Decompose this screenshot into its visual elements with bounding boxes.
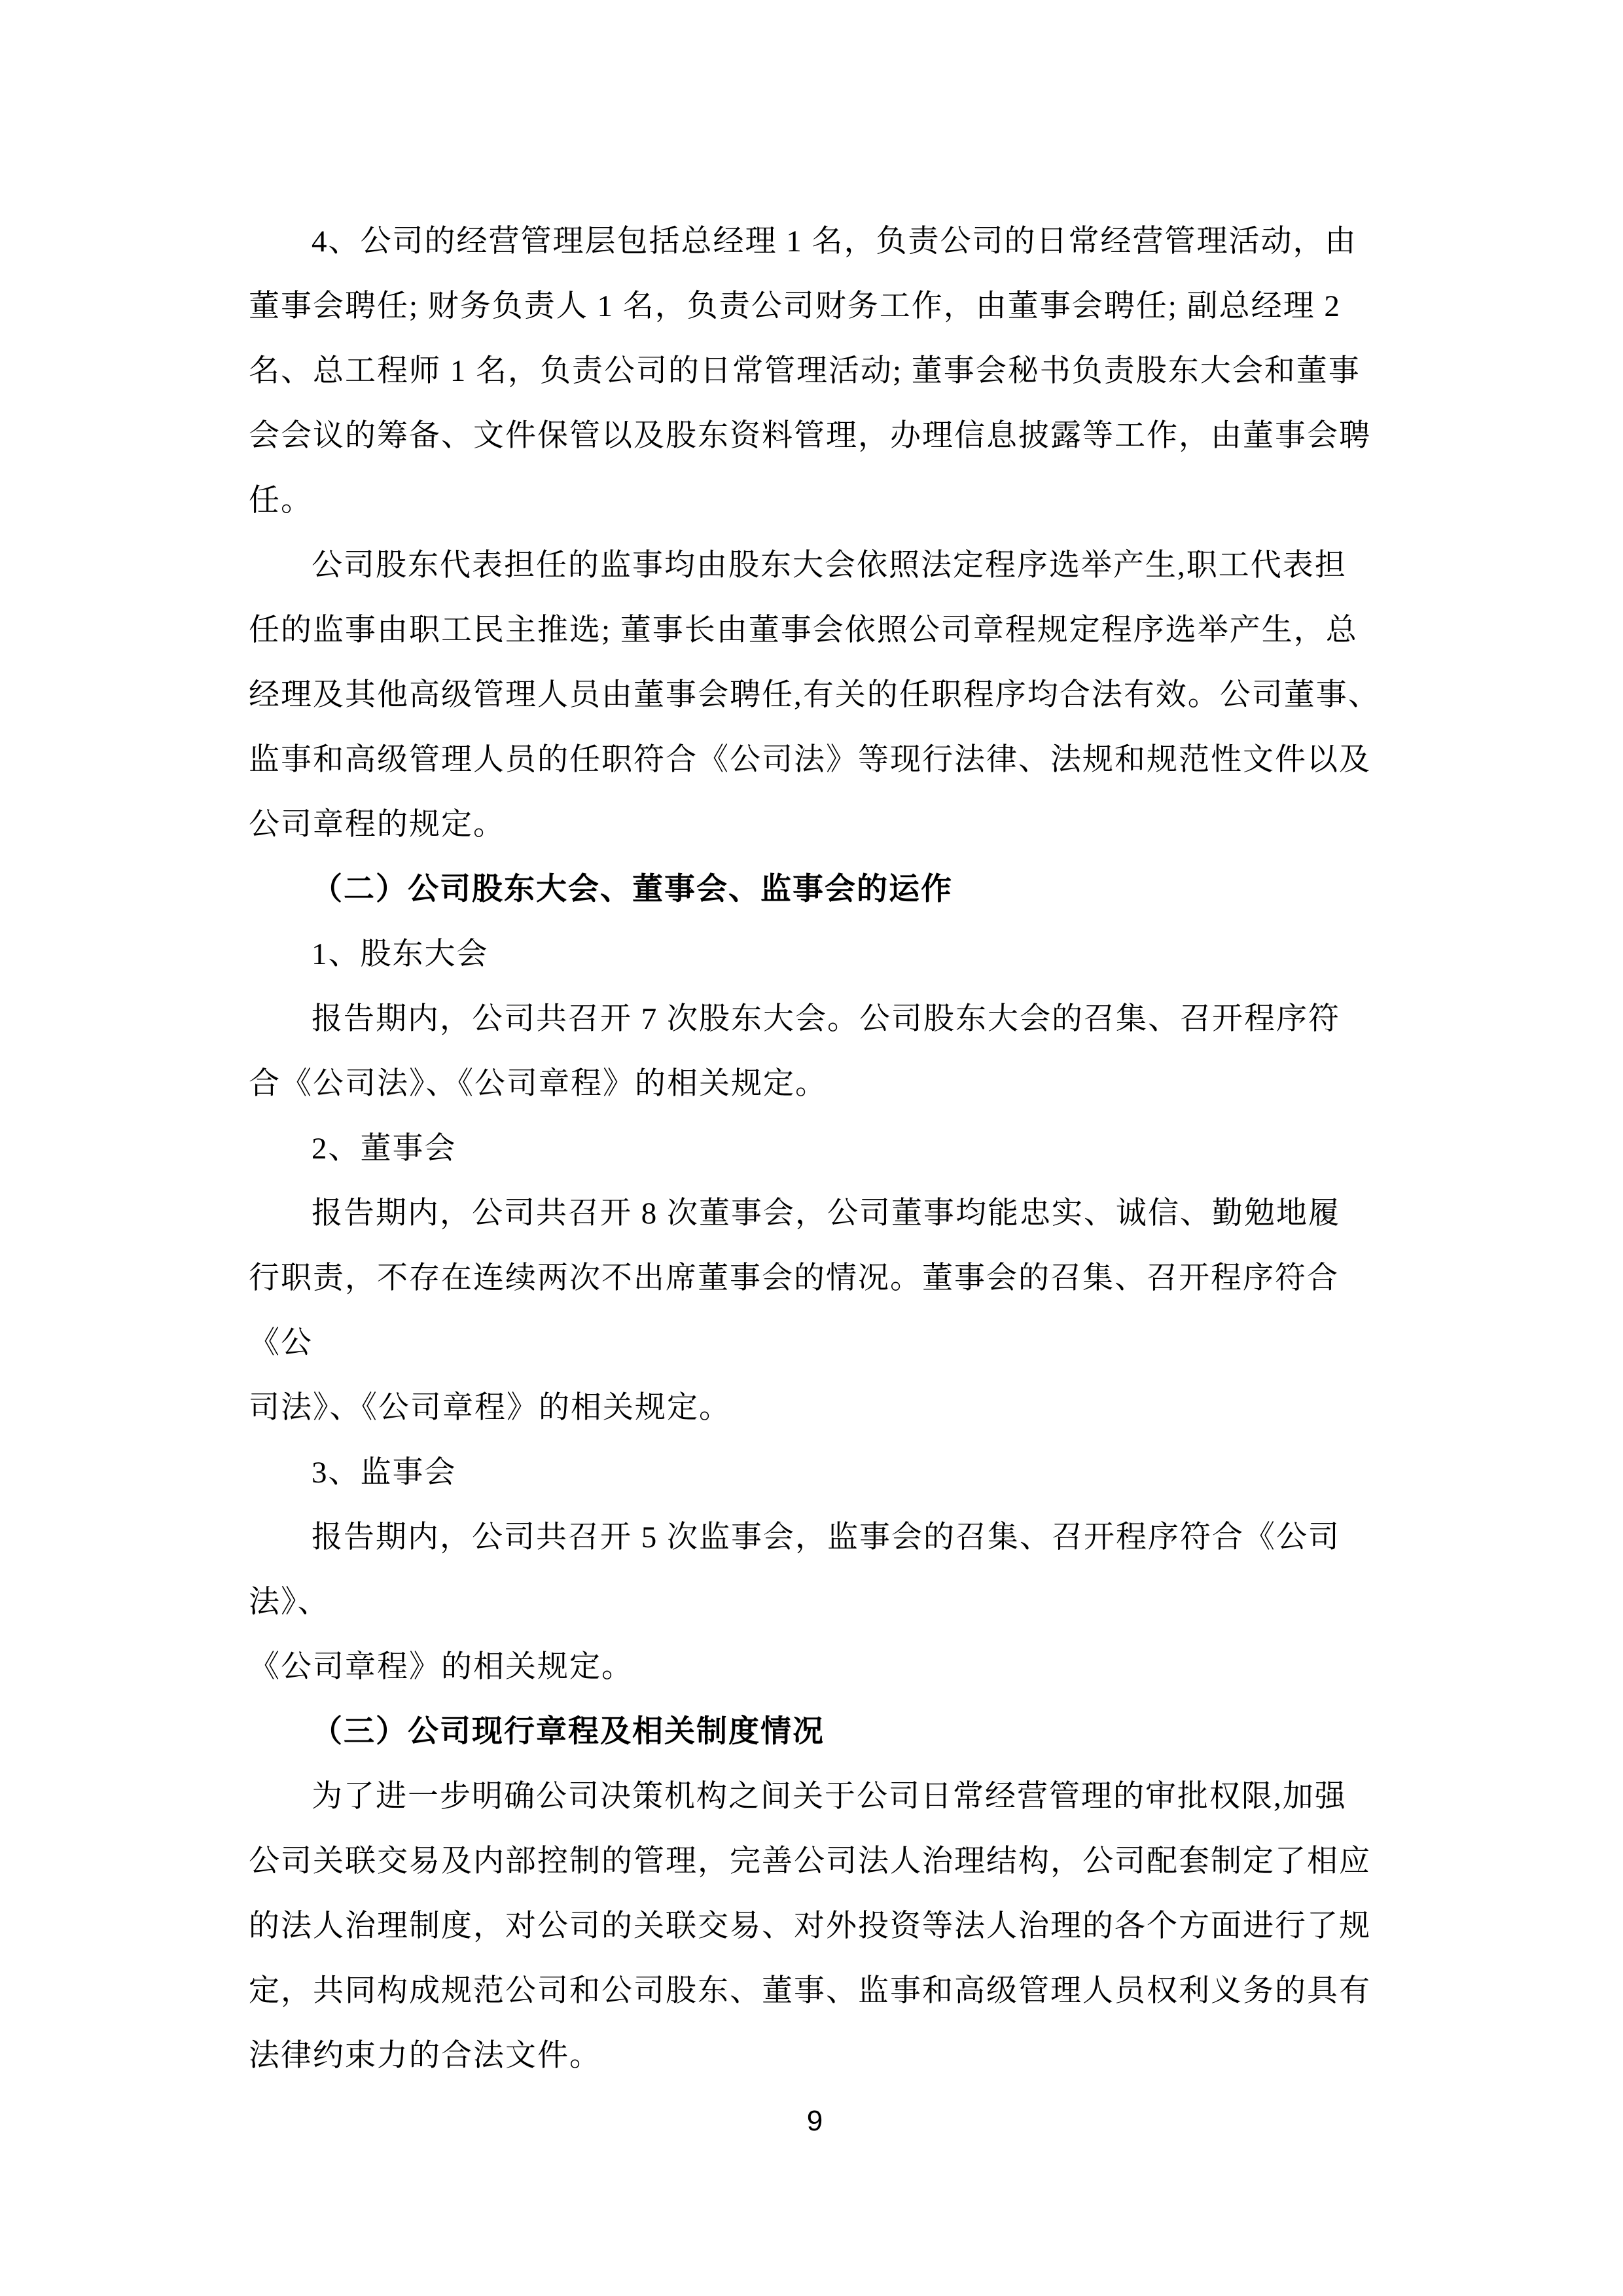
text-line: 报告期内，公司共召开 5 次监事会，监事会的召集、召开程序符合《公司 <box>249 1505 1381 1570</box>
document-page: 4、公司的经营管理层包括总经理 1 名，负责公司的日常经营管理活动，由 董事会聘… <box>0 0 1623 2296</box>
text-line: 的法人治理制度，对公司的关联交易、对外投资等法人治理的各个方面进行了规 <box>249 1894 1381 1959</box>
text-line: 名、总工程师 1 名，负责公司的日常管理活动; 董事会秘书负责股东大会和董事 <box>249 339 1381 404</box>
section-heading-line: （三）公司现行章程及相关制度情况 <box>249 1700 1381 1765</box>
text-line: 公司关联交易及内部控制的管理，完善公司法人治理结构，公司配套制定了相应 <box>249 1829 1381 1894</box>
text-line: 《公司章程》的相关规定。 <box>249 1635 1381 1700</box>
text-line: 任的监事由职工民主推选; 董事长由董事会依照公司章程规定程序选举产生，总 <box>249 598 1381 663</box>
text-line: 公司章程的规定。 <box>249 793 1381 857</box>
text-line: 为了进一步明确公司决策机构之间关于公司日常经营管理的审批权限,加强 <box>249 1765 1381 1829</box>
document-body: 4、公司的经营管理层包括总经理 1 名，负责公司的日常经营管理活动，由 董事会聘… <box>249 209 1381 2153</box>
text-line: 司法》、《公司章程》的相关规定。 <box>249 1376 1381 1441</box>
text-line: 报告期内，公司共召开 7 次股东大会。公司股东大会的召集、召开程序符 <box>249 987 1381 1052</box>
section-heading-line: （二）公司股东大会、董事会、监事会的运作 <box>249 857 1381 922</box>
text-line: 报告期内，公司共召开 8 次董事会，公司董事均能忠实、诚信、勤勉地履 <box>249 1181 1381 1246</box>
text-line: 监事和高级管理人员的任职符合《公司法》等现行法律、法规和规范性文件以及 <box>249 728 1381 793</box>
text-line: 法律约束力的合法文件。 <box>249 2024 1381 2089</box>
text-line: 合《公司法》、《公司章程》的相关规定。 <box>249 1052 1381 1117</box>
subsection-title-line: 1、股东大会 <box>249 922 1381 987</box>
text-line: 董事会聘任; 财务负责人 1 名，负责公司财务工作，由董事会聘任; 副总经理 2 <box>249 274 1381 339</box>
page-number: 9 <box>249 2089 1381 2153</box>
text-line: 4、公司的经营管理层包括总经理 1 名，负责公司的日常经营管理活动，由 <box>249 209 1381 274</box>
text-line: 任。 <box>249 469 1381 533</box>
text-line: 定，共同构成规范公司和公司股东、董事、监事和高级管理人员权利义务的具有 <box>249 1959 1381 2024</box>
text-line: 《公 <box>249 1311 1381 1376</box>
text-line: 经理及其他高级管理人员由董事会聘任,有关的任职程序均合法有效。公司董事、 <box>249 663 1381 728</box>
text-line: 行职责，不存在连续两次不出席董事会的情况。董事会的召集、召开程序符合 <box>249 1246 1381 1311</box>
text-line: 公司股东代表担任的监事均由股东大会依照法定程序选举产生,职工代表担 <box>249 533 1381 598</box>
text-line: 会会议的筹备、文件保管以及股东资料管理，办理信息披露等工作，由董事会聘 <box>249 404 1381 469</box>
subsection-title-line: 2、董事会 <box>249 1117 1381 1181</box>
subsection-title-line: 3、监事会 <box>249 1441 1381 1505</box>
text-line: 法》、 <box>249 1570 1381 1635</box>
